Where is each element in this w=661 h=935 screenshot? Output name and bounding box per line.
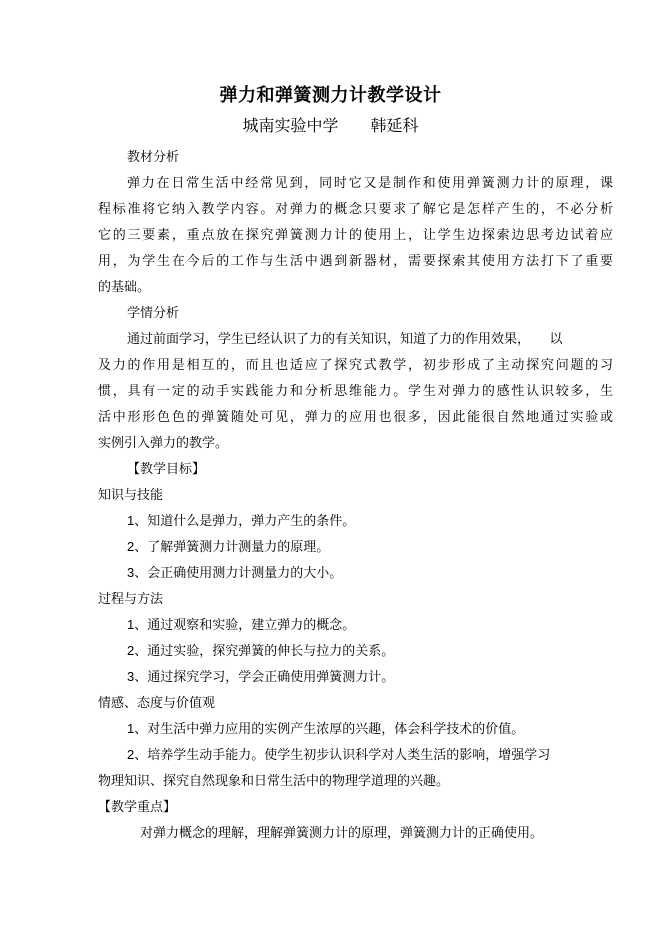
paragraph-line: 的基础。 (98, 274, 613, 300)
heading-teaching-goals: 【教学目标】 (98, 456, 613, 482)
paragraph-line: 程标准将它纳入教学内容。对弹力的概念只要求了解它是怎样产生的，不必分析 (98, 196, 613, 222)
paragraph-line: 物理知识、探究自然现象和日常生活中的物理学道理的兴趣。 (98, 768, 613, 794)
paragraph-line: 对弹力概念的理解，理解弹簧测力计的原理，弹簧测力计的正确使用。 (98, 820, 613, 846)
heading-process-methods: 过程与方法 (98, 586, 613, 612)
doc-byline: 城南实验中学 韩延科 (0, 110, 661, 144)
paragraph-line: 实例引入弹力的教学。 (98, 430, 613, 456)
paragraph-line: 惯，具有一定的动手实践能力和分析思维能力。学生对弹力的感性认识较多，生 (98, 378, 613, 404)
heading-knowledge-skills: 知识与技能 (98, 482, 613, 508)
doc-body: 教材分析 弹力在日常生活中经常见到，同时它又是制作和使用弹簧测力计的原理，课 程… (98, 144, 613, 846)
heading-material-analysis: 教材分析 (98, 144, 613, 170)
paragraph-line: 用，为学生在今后的工作与生活中遇到新器材，需要探索其使用方法打下了重要 (98, 248, 613, 274)
list-item: 1、对生活中弹力应用的实例产生浓厚的兴趣，体会科学技术的价值。 (98, 716, 613, 742)
heading-affect-values: 情感、态度与价值观 (98, 690, 613, 716)
doc-title: 弹力和弹簧测力计教学设计 (0, 80, 661, 110)
paragraph-line: 活中形形色色的弹簧随处可见，弹力的应用也很多，因此能很自然地通过实验或 (98, 404, 613, 430)
paragraph-line: 通过前面学习，学生已经认识了力的有关知识，知道了力的作用效果， 以 (98, 326, 613, 352)
list-item: 2、了解弹簧测力计测量力的原理。 (98, 534, 613, 560)
list-item: 2、培养学生动手能力。使学生初步认识科学对人类生活的影响，增强学习 (98, 742, 613, 768)
list-item: 3、会正确使用测力计测量力的大小。 (98, 560, 613, 586)
paragraph-line: 它的三要素，重点放在探究弹簧测力计的使用上，让学生边探索边思考边试着应 (98, 222, 613, 248)
list-item: 2、通过实验，探究弹簧的伸长与拉力的关系。 (98, 638, 613, 664)
heading-learner-analysis: 学情分析 (98, 300, 613, 326)
document-page: 弹力和弹簧测力计教学设计 城南实验中学 韩延科 教材分析 弹力在日常生活中经常见… (0, 0, 661, 935)
heading-teaching-focus: 【教学重点】 (98, 794, 613, 820)
list-item: 1、知道什么是弹力，弹力产生的条件。 (98, 508, 613, 534)
list-item: 1、通过观察和实验，建立弹力的概念。 (98, 612, 613, 638)
list-item: 3、通过探究学习，学会正确使用弹簧测力计。 (98, 664, 613, 690)
paragraph-line: 及力的作用是相互的，而且也适应了探究式教学，初步形成了主动探究问题的习 (98, 352, 613, 378)
paragraph-line: 弹力在日常生活中经常见到，同时它又是制作和使用弹簧测力计的原理，课 (98, 170, 613, 196)
